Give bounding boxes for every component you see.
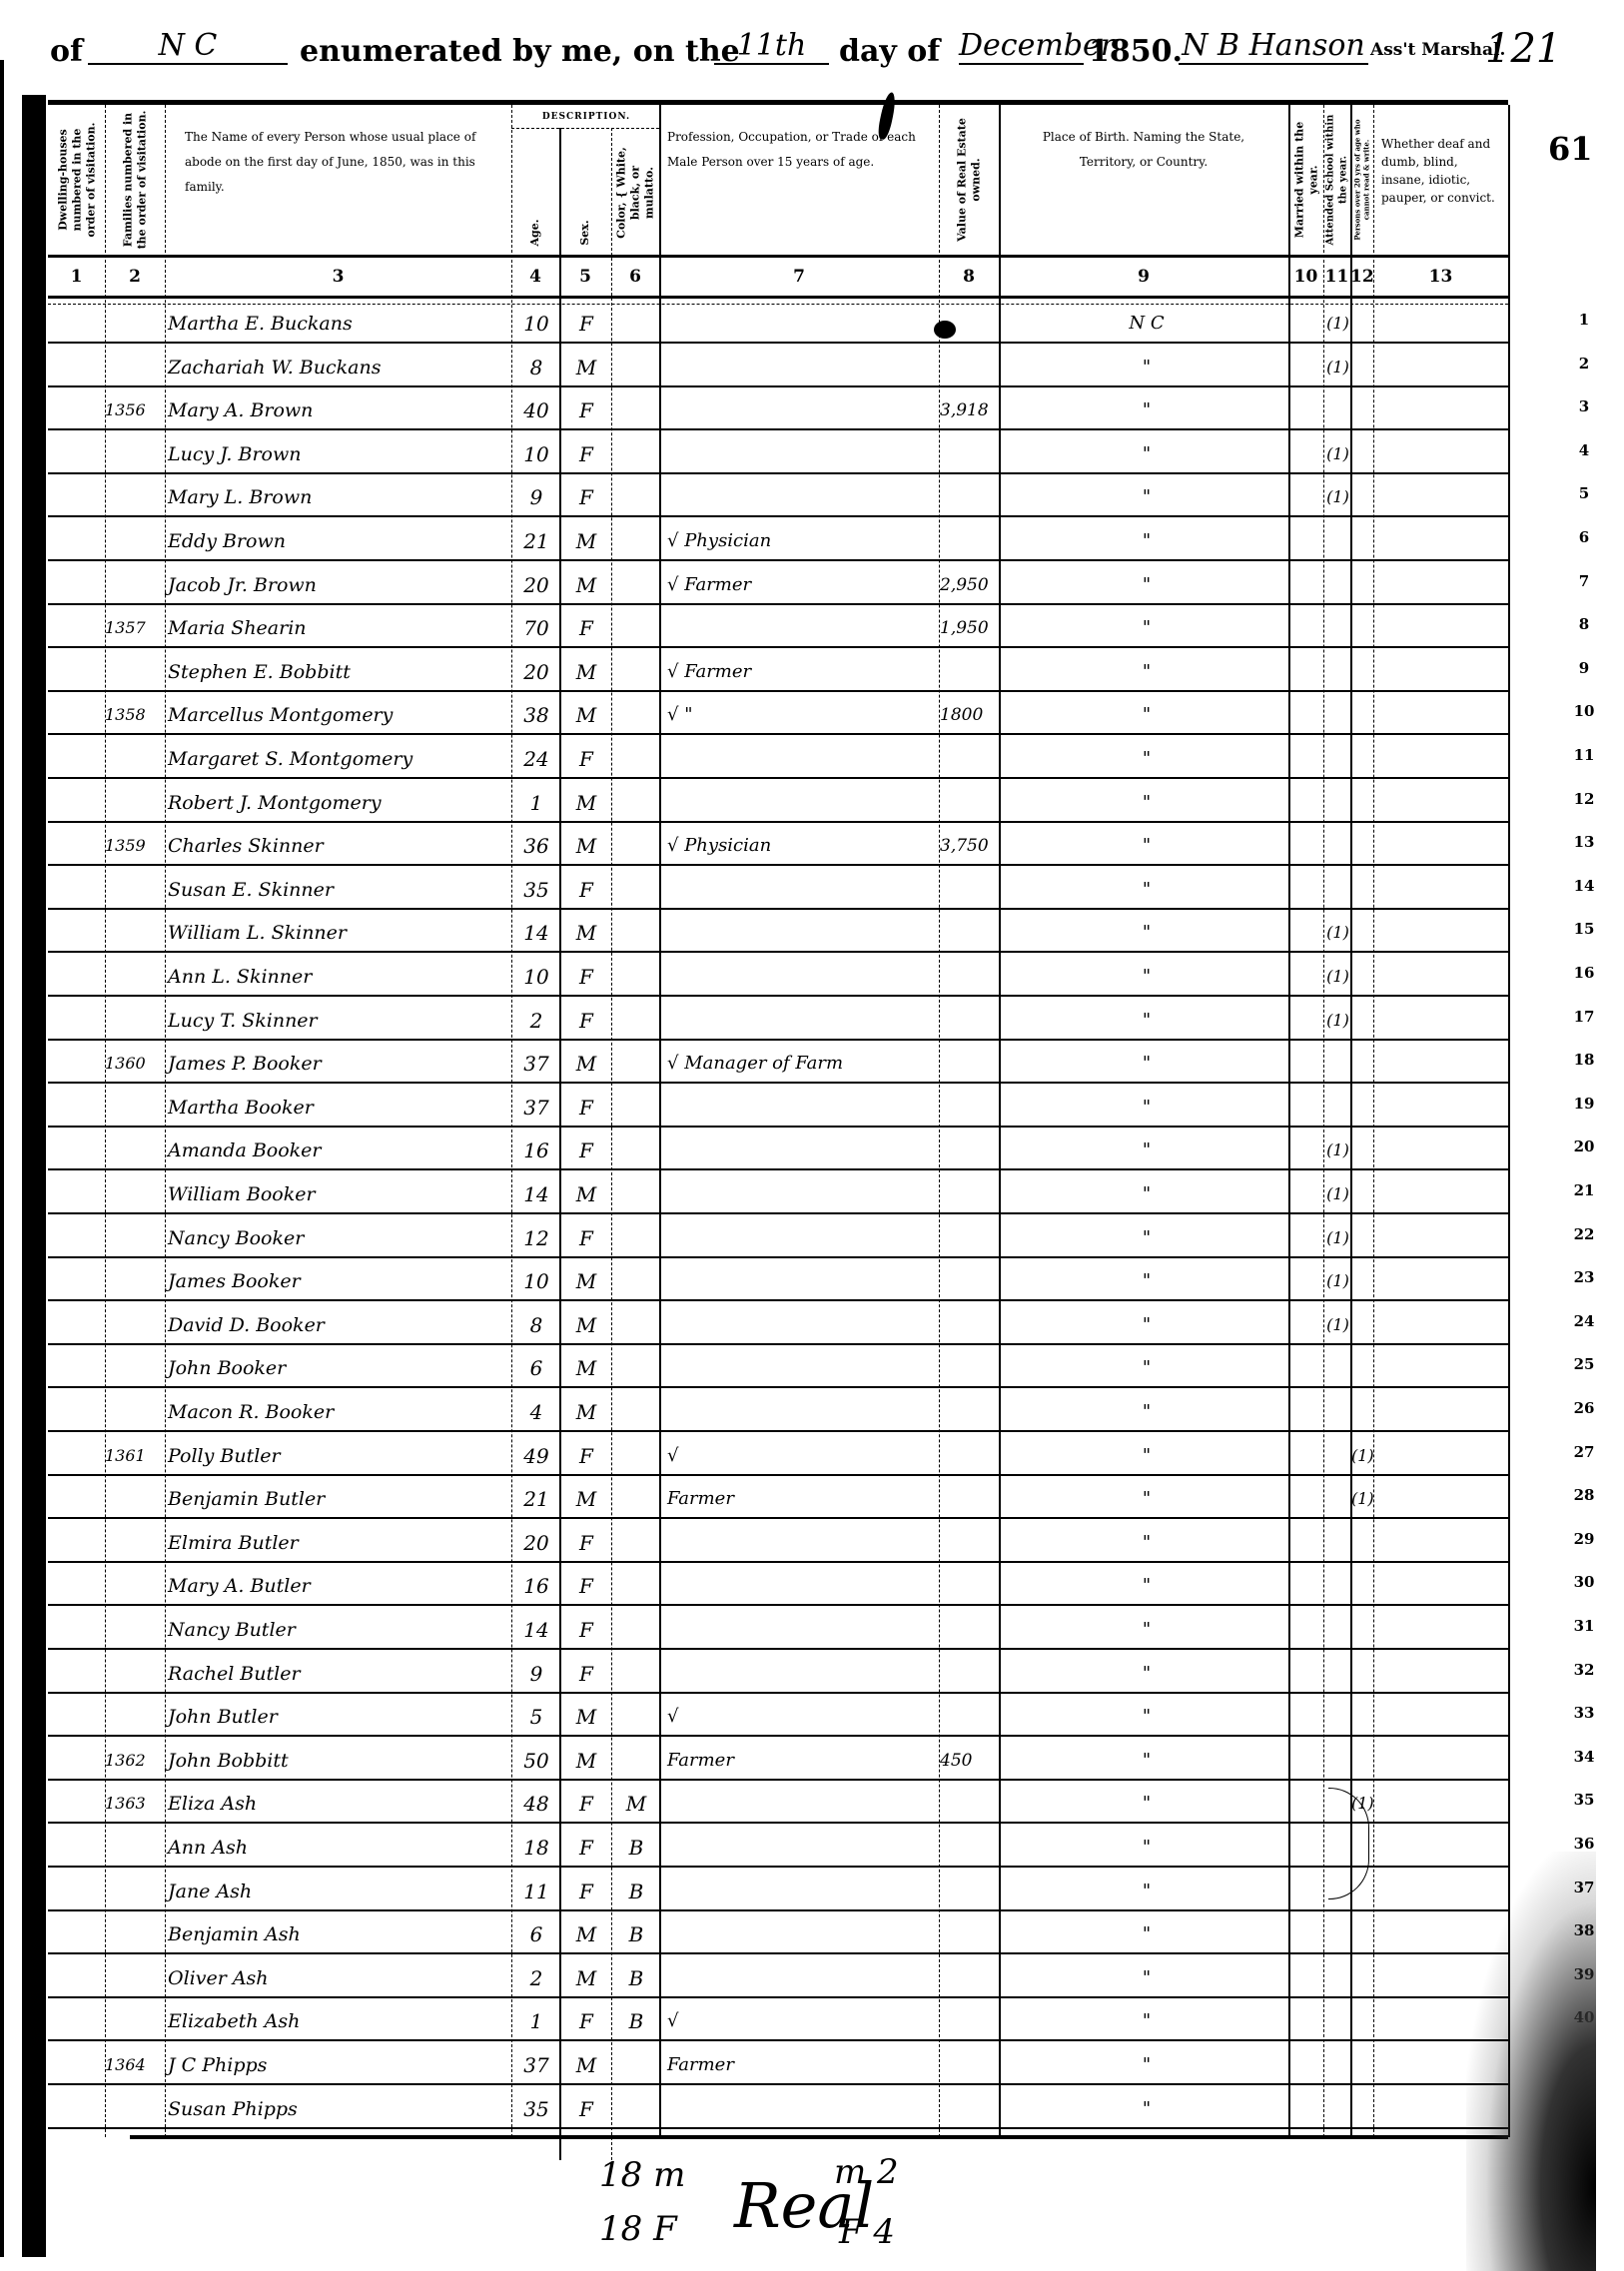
cell-occupation	[667, 1955, 942, 1998]
cell-real-estate	[940, 1258, 998, 1301]
cell-school: (1)	[1324, 1258, 1351, 1301]
cell-age: 21	[513, 518, 559, 561]
col-num-11: 11	[1323, 258, 1350, 296]
cell-color	[613, 1476, 659, 1519]
header-col-8: Value of Real Estate owned.	[939, 105, 999, 255]
table-row: John Booker6M"25	[48, 1345, 1508, 1388]
cell-occupation	[667, 1389, 942, 1432]
cell-name: Nancy Butler	[168, 1607, 512, 1650]
cell-age: 2	[513, 1955, 559, 1998]
cell-birthplace: "	[1002, 1869, 1291, 1911]
table-row: Oliver Ash2MB"39	[48, 1955, 1508, 1998]
line-number: 2	[1569, 355, 1599, 373]
description-rule	[511, 128, 659, 129]
cell-birthplace: "	[1002, 1781, 1291, 1824]
cell-family	[105, 474, 165, 517]
line-number: 5	[1569, 484, 1599, 502]
cell-age: 50	[513, 1738, 559, 1781]
table-row: Mary L. Brown9F"(1)5	[48, 474, 1508, 517]
cell-color	[613, 562, 659, 605]
cell-school	[1324, 518, 1351, 561]
cell-cannot-read	[1351, 1563, 1373, 1606]
cell-name: David D. Booker	[168, 1302, 512, 1345]
cell-real-estate	[940, 2086, 998, 2129]
cell-age: 14	[513, 910, 559, 953]
cell-sex: F	[561, 605, 611, 648]
cell-school	[1324, 1955, 1351, 1998]
cell-age: 6	[513, 1345, 559, 1388]
table-row: 1360James P. Booker37M√ Manager of Farm"…	[48, 1041, 1508, 1084]
cell-age: 35	[513, 867, 559, 910]
cell-color: B	[613, 1955, 659, 1998]
cell-cannot-read	[1351, 823, 1373, 866]
cell-age: 16	[513, 1128, 559, 1170]
line-number: 18	[1569, 1051, 1599, 1069]
cell-family	[105, 1607, 165, 1650]
cell-age: 37	[513, 1085, 559, 1128]
cell-school	[1324, 736, 1351, 779]
cell-age: 12	[513, 1215, 559, 1258]
cell-color	[613, 518, 659, 561]
cell-cannot-read	[1351, 431, 1373, 474]
cell-sex: F	[561, 387, 611, 430]
cell-real-estate	[940, 1171, 998, 1214]
cell-birthplace: "	[1002, 1389, 1291, 1432]
cell-name: Susan E. Skinner	[168, 867, 512, 910]
cell-real-estate	[940, 1911, 998, 1954]
cell-sex: M	[561, 1955, 611, 1998]
cell-sex: M	[561, 910, 611, 953]
cell-name: Margaret S. Montgomery	[168, 736, 512, 779]
cell-birthplace: "	[1002, 910, 1291, 953]
table-row: David D. Booker8M"(1)24	[48, 1302, 1508, 1345]
line-number: 27	[1569, 1443, 1599, 1461]
table-row: Margaret S. Montgomery24F"11	[48, 736, 1508, 779]
line-number: 11	[1569, 746, 1599, 764]
cell-occupation	[667, 474, 942, 517]
cell-color	[613, 2042, 659, 2085]
cell-school	[1324, 1911, 1351, 1954]
ink-blot	[934, 321, 956, 339]
cell-name: Mary A. Brown	[168, 387, 512, 430]
table-row: 1358Marcellus Montgomery38M√ "1800"10	[48, 692, 1508, 735]
table-row: 1357Maria Shearin70F1,950"8	[48, 605, 1508, 648]
cell-occupation: √ Physician	[667, 823, 942, 866]
cell-occupation	[667, 1520, 942, 1563]
cell-family: 1358	[105, 692, 165, 735]
cell-family: 1361	[105, 1433, 165, 1476]
table-row: Ann Ash18FB"36	[48, 1825, 1508, 1868]
cell-color	[613, 301, 659, 344]
cell-age: 10	[513, 1258, 559, 1301]
cell-name: Stephen E. Bobbitt	[168, 649, 512, 692]
cell-birthplace: "	[1002, 1085, 1291, 1128]
cell-age: 9	[513, 474, 559, 517]
cell-age: 20	[513, 649, 559, 692]
cell-cannot-read	[1351, 1694, 1373, 1737]
cell-occupation	[667, 1825, 942, 1868]
cell-family	[105, 867, 165, 910]
cell-birthplace: "	[1002, 867, 1291, 910]
cell-age: 38	[513, 692, 559, 735]
cell-name: Marcellus Montgomery	[168, 692, 512, 735]
cell-real-estate: 2,950	[940, 562, 998, 605]
col-num-6: 6	[611, 258, 659, 296]
cell-real-estate	[940, 1869, 998, 1911]
cell-school	[1324, 1694, 1351, 1737]
cell-family: 1359	[105, 823, 165, 866]
cell-cannot-read	[1351, 954, 1373, 997]
cell-age: 2	[513, 998, 559, 1041]
cell-family	[105, 910, 165, 953]
cell-age: 70	[513, 605, 559, 648]
page-right-margin	[1596, 0, 1624, 2271]
cell-color	[613, 1258, 659, 1301]
line-number: 19	[1569, 1095, 1599, 1113]
cell-occupation	[667, 1171, 942, 1214]
cell-occupation: √	[667, 1433, 942, 1476]
cell-color: B	[613, 1825, 659, 1868]
line-number: 10	[1569, 702, 1599, 720]
cell-name: Benjamin Butler	[168, 1476, 512, 1519]
cell-birthplace: "	[1002, 345, 1291, 387]
description-label: DESCRIPTION.	[511, 112, 661, 122]
cell-real-estate	[940, 780, 998, 823]
col-num-12: 12	[1350, 258, 1373, 296]
cell-birthplace: "	[1002, 605, 1291, 648]
cell-family	[105, 1171, 165, 1214]
table-bottom-rule	[130, 2135, 1508, 2139]
line-number: 12	[1569, 790, 1599, 808]
cell-family	[105, 1128, 165, 1170]
cell-color: B	[613, 1998, 659, 2041]
table-row: William Booker14M"(1)21	[48, 1171, 1508, 1214]
cell-age: 35	[513, 2086, 559, 2129]
line-number: 28	[1569, 1486, 1599, 1504]
cell-school	[1324, 1085, 1351, 1128]
cell-age: 14	[513, 1607, 559, 1650]
cell-real-estate	[940, 1041, 998, 1084]
cell-school	[1324, 823, 1351, 866]
cell-color	[613, 1389, 659, 1432]
cell-name: John Butler	[168, 1694, 512, 1737]
cell-school	[1324, 1607, 1351, 1650]
cell-birthplace: "	[1002, 1041, 1291, 1084]
table-row: Eddy Brown21M√ Physician"6	[48, 518, 1508, 561]
cell-occupation	[667, 1781, 942, 1824]
cell-name: Susan Phipps	[168, 2086, 512, 2129]
page-edge-smudge	[1466, 1852, 1596, 2271]
header-col-2: Families numbered in the order of visita…	[105, 105, 165, 255]
cell-birthplace: "	[1002, 1520, 1291, 1563]
cell-color	[613, 431, 659, 474]
table-row: Zachariah W. Buckans8M"(1)2	[48, 345, 1508, 387]
cell-cannot-read	[1351, 2086, 1373, 2129]
cell-occupation: √	[667, 1694, 942, 1737]
table-row: William L. Skinner14M"(1)15	[48, 910, 1508, 953]
cell-school	[1324, 1651, 1351, 1694]
cell-sex: M	[561, 692, 611, 735]
table-row: James Booker10M"(1)23	[48, 1258, 1508, 1301]
cell-occupation: √ Manager of Farm	[667, 1041, 942, 1084]
marshal-name: N B Hanson	[1179, 28, 1368, 65]
cell-color	[613, 1041, 659, 1084]
cell-age: 48	[513, 1781, 559, 1824]
enumerated-label: enumerated by me, on the	[300, 34, 740, 69]
cell-family	[105, 1258, 165, 1301]
cell-school: (1)	[1324, 910, 1351, 953]
cell-birthplace: "	[1002, 1302, 1291, 1345]
cell-birthplace: "	[1002, 736, 1291, 779]
cell-name: Elizabeth Ash	[168, 1998, 512, 2041]
line-number: 31	[1569, 1617, 1599, 1635]
cell-color	[613, 345, 659, 387]
cell-sex: F	[561, 1563, 611, 1606]
table-row: Macon R. Booker4M"26	[48, 1389, 1508, 1432]
cell-sex: M	[561, 345, 611, 387]
cell-sex: M	[561, 1911, 611, 1954]
cell-sex: M	[561, 1258, 611, 1301]
cell-color	[613, 910, 659, 953]
cell-occupation: √ Farmer	[667, 562, 942, 605]
cell-sex: F	[561, 1607, 611, 1650]
cell-sex: M	[561, 562, 611, 605]
cell-color	[613, 1651, 659, 1694]
cell-cannot-read	[1351, 910, 1373, 953]
cell-name: Nancy Booker	[168, 1215, 512, 1258]
cell-cannot-read	[1351, 518, 1373, 561]
cell-cannot-read	[1351, 562, 1373, 605]
cell-school	[1324, 1998, 1351, 2041]
cell-cannot-read	[1351, 1520, 1373, 1563]
cell-cannot-read	[1351, 1258, 1373, 1301]
cell-real-estate	[940, 910, 998, 953]
cell-birthplace: "	[1002, 1345, 1291, 1388]
cell-name: Martha Booker	[168, 1085, 512, 1128]
cell-occupation	[667, 867, 942, 910]
cell-birthplace: "	[1002, 562, 1291, 605]
cell-birthplace: "	[1002, 954, 1291, 997]
col-num-2: 2	[105, 258, 165, 296]
header-col-3: The Name of every Person whose usual pla…	[165, 105, 511, 255]
cell-family	[105, 1955, 165, 1998]
cell-color	[613, 474, 659, 517]
cell-birthplace: "	[1002, 1825, 1291, 1868]
table-row: John Butler5M√"33	[48, 1694, 1508, 1737]
cell-occupation	[667, 1258, 942, 1301]
cell-cannot-read	[1351, 736, 1373, 779]
cell-family	[105, 301, 165, 344]
table-row: Nancy Butler14F"31	[48, 1607, 1508, 1650]
cell-real-estate	[940, 1998, 998, 2041]
cell-real-estate	[940, 1215, 998, 1258]
line-number: 9	[1569, 659, 1599, 677]
line-number: 35	[1569, 1791, 1599, 1809]
cell-birthplace: "	[1002, 1998, 1291, 2041]
cell-school: (1)	[1324, 998, 1351, 1041]
cell-age: 36	[513, 823, 559, 866]
page-binding-edge	[0, 60, 4, 2257]
cell-real-estate	[940, 1476, 998, 1519]
table-row: 1364J C Phipps37MFarmer"41	[48, 2042, 1508, 2085]
cell-family	[105, 1869, 165, 1911]
cell-occupation	[667, 345, 942, 387]
cell-real-estate: 1,950	[940, 605, 998, 648]
cell-age: 20	[513, 562, 559, 605]
cell-age: 49	[513, 1433, 559, 1476]
cell-school: (1)	[1324, 474, 1351, 517]
cell-birthplace: "	[1002, 1215, 1291, 1258]
cell-real-estate	[940, 1607, 998, 1650]
cell-cannot-read	[1351, 2042, 1373, 2085]
tally-real-males: m 2	[834, 2152, 899, 2192]
cell-school: (1)	[1324, 1215, 1351, 1258]
cell-school	[1324, 692, 1351, 735]
cell-color	[613, 1563, 659, 1606]
cell-color	[613, 736, 659, 779]
cell-real-estate	[940, 1825, 998, 1868]
cell-sex: F	[561, 431, 611, 474]
cell-cannot-read	[1351, 1171, 1373, 1214]
cell-occupation	[667, 1869, 942, 1911]
cell-school	[1324, 1520, 1351, 1563]
month-value: December	[959, 28, 1084, 65]
cell-school	[1324, 605, 1351, 648]
header-col-6: Color, { White, black, or mulatto.	[611, 130, 659, 255]
cell-real-estate	[940, 1389, 998, 1432]
cell-family	[105, 1302, 165, 1345]
cell-name: Charles Skinner	[168, 823, 512, 866]
cell-real-estate	[940, 1651, 998, 1694]
cell-school: (1)	[1324, 431, 1351, 474]
enumeration-title-line: of N C enumerated by me, on the 11th day…	[50, 28, 1508, 78]
cell-cannot-read	[1351, 345, 1373, 387]
cell-family	[105, 431, 165, 474]
cell-sex: M	[561, 1389, 611, 1432]
cell-family	[105, 1389, 165, 1432]
col-num-9: 9	[999, 258, 1288, 296]
cell-birthplace: "	[1002, 823, 1291, 866]
cell-name: Ann L. Skinner	[168, 954, 512, 997]
cell-occupation	[667, 736, 942, 779]
cell-name: Polly Butler	[168, 1433, 512, 1476]
cell-real-estate	[940, 2042, 998, 2085]
cell-real-estate: 3,750	[940, 823, 998, 866]
cell-birthplace: "	[1002, 1258, 1291, 1301]
cell-birthplace: "	[1002, 2042, 1291, 2085]
table-row: Nancy Booker12F"(1)22	[48, 1215, 1508, 1258]
cell-occupation	[667, 998, 942, 1041]
cell-color	[613, 1128, 659, 1170]
cell-school	[1324, 562, 1351, 605]
cell-family	[105, 1911, 165, 1954]
day-value: 11th	[714, 28, 829, 65]
col-num-1: 1	[48, 258, 105, 296]
cell-family	[105, 649, 165, 692]
cell-cannot-read	[1351, 605, 1373, 648]
line-number: 34	[1569, 1748, 1599, 1766]
cell-school: (1)	[1324, 1128, 1351, 1170]
table-row: Martha E. Buckans10FN C(1)1	[48, 301, 1508, 344]
cell-sex: M	[561, 1694, 611, 1737]
cell-color	[613, 1215, 659, 1258]
cell-name: William Booker	[168, 1171, 512, 1214]
line-number: 25	[1569, 1355, 1599, 1373]
cell-birthplace: "	[1002, 692, 1291, 735]
table-row: Rachel Butler9F"32	[48, 1651, 1508, 1694]
cell-school	[1324, 1738, 1351, 1781]
year-value: 1850.	[1089, 34, 1183, 69]
cell-school	[1324, 649, 1351, 692]
table-row: 1356Mary A. Brown40F3,918"3	[48, 387, 1508, 430]
cell-sex: F	[561, 1651, 611, 1694]
cell-occupation	[667, 780, 942, 823]
cell-cannot-read	[1351, 474, 1373, 517]
cell-cannot-read	[1351, 1389, 1373, 1432]
cell-occupation	[667, 1911, 942, 1954]
cell-sex: F	[561, 1998, 611, 2041]
line-number: 7	[1569, 572, 1599, 590]
header-col-12: Persons over 20 yrs of age who cannot re…	[1350, 105, 1373, 255]
cell-family	[105, 954, 165, 997]
header-col-7: Profession, Occupation, or Trade of each…	[659, 105, 939, 255]
header-col-5: Sex.	[559, 130, 611, 255]
line-number: 29	[1569, 1530, 1599, 1548]
cell-cannot-read	[1351, 649, 1373, 692]
cell-color	[613, 649, 659, 692]
cell-birthplace: "	[1002, 1911, 1291, 1954]
cell-name: Martha E. Buckans	[168, 301, 512, 344]
cell-sex: M	[561, 2042, 611, 2085]
table-row: Mary A. Butler16F"30	[48, 1563, 1508, 1606]
cell-color	[613, 780, 659, 823]
cell-school	[1324, 387, 1351, 430]
cell-name: Macon R. Booker	[168, 1389, 512, 1432]
cell-occupation	[667, 1345, 942, 1388]
cell-sex: M	[561, 1171, 611, 1214]
table-row: Elmira Butler20F"29	[48, 1520, 1508, 1563]
cell-color	[613, 1085, 659, 1128]
table-row: Benjamin Butler21MFarmer"(1)28	[48, 1476, 1508, 1519]
table-row: 1363Eliza Ash48FM"(1)35	[48, 1781, 1508, 1824]
table-row: Jacob Jr. Brown20M√ Farmer2,950"7	[48, 562, 1508, 605]
cell-name: Jane Ash	[168, 1869, 512, 1911]
cell-name: Eliza Ash	[168, 1781, 512, 1824]
cell-sex: M	[561, 518, 611, 561]
cell-cannot-read	[1351, 780, 1373, 823]
col-num-5: 5	[559, 258, 611, 296]
cell-family	[105, 2086, 165, 2129]
cell-color: B	[613, 1911, 659, 1954]
cell-sex: F	[561, 1085, 611, 1128]
cell-cannot-read	[1351, 301, 1373, 344]
cell-real-estate	[940, 649, 998, 692]
cell-cannot-read	[1351, 1085, 1373, 1128]
cell-occupation	[667, 1085, 942, 1128]
table-row: Ann L. Skinner10F"(1)16	[48, 954, 1508, 997]
line-number: 16	[1569, 964, 1599, 982]
cell-color: B	[613, 1869, 659, 1911]
col-num-10: 10	[1288, 258, 1323, 296]
cell-name: Benjamin Ash	[168, 1911, 512, 1954]
cell-birthplace: "	[1002, 1433, 1291, 1476]
table-row: 1359Charles Skinner36M√ Physician3,750"1…	[48, 823, 1508, 866]
cell-family	[105, 1215, 165, 1258]
cell-real-estate	[940, 998, 998, 1041]
cell-birthplace: "	[1002, 1694, 1291, 1737]
cell-sex: F	[561, 1869, 611, 1911]
cell-birthplace: "	[1002, 649, 1291, 692]
